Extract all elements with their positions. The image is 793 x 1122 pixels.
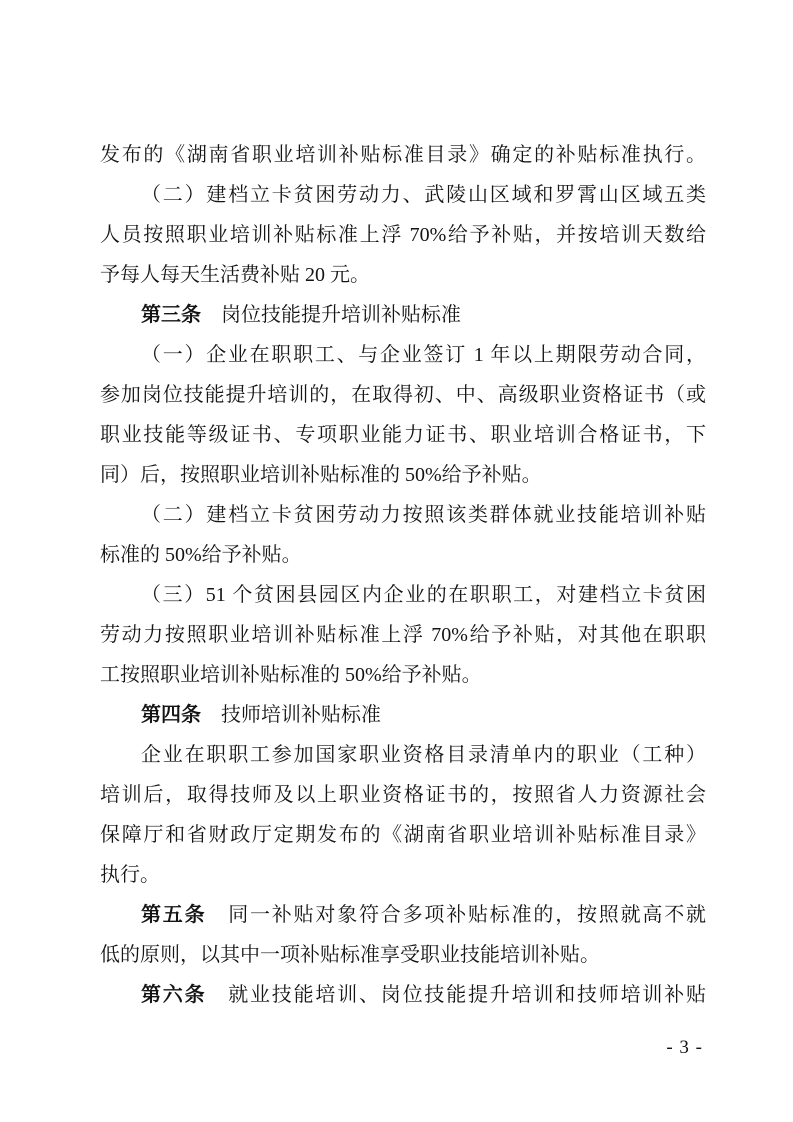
line-text: 职业技能等级证书、专项职业能力证书、职业培训合格证书，下 [100, 424, 706, 446]
paragraph-line: 执行。 [100, 855, 706, 895]
paragraph-line: 予每人每天生活费补贴 20 元。 [100, 255, 706, 295]
line-text: 保障厅和省财政厅定期发布的《湖南省职业培训补贴标准目录》 [100, 824, 706, 846]
page-number: - 3 - [666, 1036, 703, 1060]
line-text: 技师培训补贴标准 [201, 704, 381, 726]
paragraph-line: 培训后，取得技师及以上职业资格证书的，按照省人力资源社会 [100, 775, 706, 815]
line-text: 参加岗位技能提升培训的，在取得初、中、高级职业资格证书（或 [100, 384, 706, 406]
paragraph-line: （三）51 个贫困县园区内企业的在职职工，对建档立卡贫困 [100, 575, 706, 615]
article-number: 第六条 [141, 984, 206, 1006]
line-text: （二）建档立卡贫困劳动力、武陵山区域和罗霄山区域五类 [141, 184, 706, 206]
line-text: 劳动力按照职业培训补贴标准上浮 70%给予补贴，对其他在职职 [100, 624, 706, 646]
paragraph-line: 同）后，按照职业培训补贴标准的 50%给予补贴。 [100, 455, 706, 495]
line-text: 企业在职职工参加国家职业资格目录清单内的职业（工种） [141, 744, 706, 766]
paragraph-line: 人员按照职业培训补贴标准上浮 70%给予补贴，并按培训天数给 [100, 215, 706, 255]
paragraph-line: 职业技能等级证书、专项职业能力证书、职业培训合格证书，下 [100, 415, 706, 455]
document-body: 发布的《湖南省职业培训补贴标准目录》确定的补贴标准执行。 （二）建档立卡贫困劳动… [100, 135, 706, 1015]
paragraph-line: （一）企业在职职工、与企业签订 1 年以上期限劳动合同， [100, 335, 706, 375]
paragraph-line: 参加岗位技能提升培训的，在取得初、中、高级职业资格证书（或 [100, 375, 706, 415]
line-text: （二）建档立卡贫困劳动力按照该类群体就业技能培训补贴 [141, 504, 706, 526]
article-heading-line: 第三条 岗位技能提升培训补贴标准 [100, 295, 706, 335]
line-text: （三）51 个贫困县园区内企业的在职职工，对建档立卡贫困 [141, 584, 706, 606]
paragraph-line: 劳动力按照职业培训补贴标准上浮 70%给予补贴，对其他在职职 [100, 615, 706, 655]
article-heading-line: 第五条 同一补贴对象符合多项补贴标准的，按照就高不就 [100, 895, 706, 935]
paragraph-line: 工按照职业培训补贴标准的 50%给予补贴。 [100, 655, 706, 695]
line-text: 低的原则，以其中一项补贴标准享受职业技能培训补贴。 [100, 944, 600, 966]
line-text: 标准的 50%给予补贴。 [100, 544, 302, 566]
line-text: 就业技能培训、岗位技能提升培训和技师培训补贴 [206, 984, 706, 1006]
line-text: （一）企业在职职工、与企业签订 1 年以上期限劳动合同， [141, 344, 706, 366]
article-number: 第四条 [141, 704, 201, 726]
line-text: 同一补贴对象符合多项补贴标准的，按照就高不就 [206, 904, 706, 926]
article-heading-line: 第六条 就业技能培训、岗位技能提升培训和技师培训补贴 [100, 975, 706, 1015]
paragraph-line: （二）建档立卡贫困劳动力按照该类群体就业技能培训补贴 [100, 495, 706, 535]
article-number: 第五条 [141, 904, 206, 926]
paragraph-line: 保障厅和省财政厅定期发布的《湖南省职业培训补贴标准目录》 [100, 815, 706, 855]
line-text: 发布的《湖南省职业培训补贴标准目录》确定的补贴标准执行。 [100, 144, 706, 166]
line-text: 人员按照职业培训补贴标准上浮 70%给予补贴，并按培训天数给 [100, 224, 706, 246]
article-number: 第三条 [141, 304, 201, 326]
paragraph-line: （二）建档立卡贫困劳动力、武陵山区域和罗霄山区域五类 [100, 175, 706, 215]
paragraph-line: 发布的《湖南省职业培训补贴标准目录》确定的补贴标准执行。 [100, 135, 706, 175]
line-text: 工按照职业培训补贴标准的 50%给予补贴。 [100, 664, 482, 686]
article-heading-line: 第四条 技师培训补贴标准 [100, 695, 706, 735]
line-text: 培训后，取得技师及以上职业资格证书的，按照省人力资源社会 [100, 784, 706, 806]
line-text: 岗位技能提升培训补贴标准 [201, 304, 461, 326]
paragraph-line: 企业在职职工参加国家职业资格目录清单内的职业（工种） [100, 735, 706, 775]
line-text: 予每人每天生活费补贴 20 元。 [100, 264, 370, 286]
document-page: 发布的《湖南省职业培训补贴标准目录》确定的补贴标准执行。 （二）建档立卡贫困劳动… [0, 0, 793, 1122]
paragraph-line: 标准的 50%给予补贴。 [100, 535, 706, 575]
paragraph-line: 低的原则，以其中一项补贴标准享受职业技能培训补贴。 [100, 935, 706, 975]
line-text: 同）后，按照职业培训补贴标准的 50%给予补贴。 [100, 464, 542, 486]
line-text: 执行。 [100, 864, 160, 886]
